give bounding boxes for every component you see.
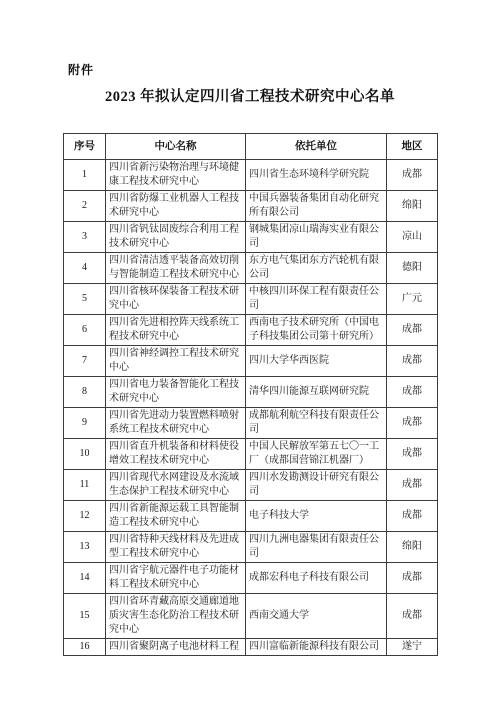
table-header-row: 序号 中心名称 依托单位 地区 — [64, 134, 438, 160]
table-row: 13 四川省特种天线材料及先进成型工程技术研究中心 四川九洲电器集团有限责任公司… — [64, 532, 438, 563]
row-number-cell: 16 — [64, 639, 106, 656]
region-cell: 成都 — [387, 594, 438, 639]
table-row: 11 四川省现代水网建设及水流域生态保护工程技术研究中心 四川水发勘测设计研究有… — [64, 470, 438, 501]
header-unit: 依托单位 — [246, 134, 387, 160]
table-row: 3 四川省钒钛固废综合利用工程技术研究中心 钢城集团凉山瑞海实业有限公司 凉山 — [64, 222, 438, 253]
region-cell: 成都 — [387, 439, 438, 470]
table-row: 15 四川省环青藏高原交通廊道地质灾害生态化防治工程技术研究中心 西南交通大学 … — [64, 594, 438, 639]
unit-cell: 清华四川能源互联网研究院 — [246, 377, 387, 408]
table-row: 7 四川省神经调控工程技术研究中心 四川大学华西医院 成都 — [64, 346, 438, 377]
region-cell: 成都 — [387, 470, 438, 501]
unit-cell: 四川水发勘测设计研究有限公司 — [246, 470, 387, 501]
row-number-cell: 11 — [64, 470, 106, 501]
row-number-cell: 1 — [64, 160, 106, 191]
unit-cell: 中核四川环保工程有限责任公司 — [246, 284, 387, 315]
row-number-cell: 9 — [64, 408, 106, 439]
region-cell: 凉山 — [387, 222, 438, 253]
region-cell: 广元 — [387, 284, 438, 315]
row-number-cell: 6 — [64, 315, 106, 346]
region-cell: 成都 — [387, 315, 438, 346]
unit-cell: 中国人民解放军第五七〇一工厂（成都国营锦江机器厂） — [246, 439, 387, 470]
center-name-cell: 四川省钒钛固废综合利用工程技术研究中心 — [106, 222, 246, 253]
table-body: 1 四川省新污染物治理与环境健康工程技术研究中心 四川省生态环境科学研究院 成都… — [64, 160, 438, 656]
row-number-cell: 10 — [64, 439, 106, 470]
center-name-cell: 四川省先进动力装置燃料喷射系统工程技术研究中心 — [106, 408, 246, 439]
table-row: 9 四川省先进动力装置燃料喷射系统工程技术研究中心 成都航利航空科技有限责任公司… — [64, 408, 438, 439]
center-name-cell: 四川省聚阴离子电池材料工程 — [106, 639, 246, 656]
center-name-cell: 四川省现代水网建设及水流域生态保护工程技术研究中心 — [106, 470, 246, 501]
attachment-label: 附件 — [68, 61, 94, 78]
center-name-cell: 四川省特种天线材料及先进成型工程技术研究中心 — [106, 532, 246, 563]
row-number-cell: 3 — [64, 222, 106, 253]
center-name-cell: 四川省新能源运载工具智能制造工程技术研究中心 — [106, 501, 246, 532]
table-row: 12 四川省新能源运载工具智能制造工程技术研究中心 电子科技大学 成都 — [64, 501, 438, 532]
center-name-cell: 四川省核环保装备工程技术研究中心 — [106, 284, 246, 315]
center-name-cell: 四川省宇航元器件电子功能材料工程技术研究中心 — [106, 563, 246, 594]
center-name-cell: 四川省清洁透平装备高效切削与智能制造工程技术研究中心 — [106, 253, 246, 284]
row-number-cell: 13 — [64, 532, 106, 563]
region-cell: 成都 — [387, 408, 438, 439]
region-cell: 成都 — [387, 563, 438, 594]
unit-cell: 四川九洲电器集团有限责任公司 — [246, 532, 387, 563]
row-number-cell: 5 — [64, 284, 106, 315]
unit-cell: 成都航利航空科技有限责任公司 — [246, 408, 387, 439]
region-cell: 绵阳 — [387, 532, 438, 563]
region-cell: 成都 — [387, 160, 438, 191]
table-row: 14 四川省宇航元器件电子功能材料工程技术研究中心 成都宏科电子科技有限公司 成… — [64, 563, 438, 594]
center-name-cell: 四川省防爆工业机器人工程技术研究中心 — [106, 191, 246, 222]
table-row: 5 四川省核环保装备工程技术研究中心 中核四川环保工程有限责任公司 广元 — [64, 284, 438, 315]
page-title: 2023 年拟认定四川省工程技术研究中心名单 — [0, 85, 500, 106]
unit-cell: 四川富临新能源科技有限公司 — [246, 639, 387, 656]
unit-cell: 四川省生态环境科学研究院 — [246, 160, 387, 191]
row-number-cell: 7 — [64, 346, 106, 377]
table-row: 2 四川省防爆工业机器人工程技术研究中心 中国兵器装备集团自动化研究所有限公司 … — [64, 191, 438, 222]
center-name-cell: 四川省直升机装备和材料使役增效工程技术研究中心 — [106, 439, 246, 470]
table-row: 1 四川省新污染物治理与环境健康工程技术研究中心 四川省生态环境科学研究院 成都 — [64, 160, 438, 191]
unit-cell: 东方电气集团东方汽轮机有限公司 — [246, 253, 387, 284]
region-cell: 德阳 — [387, 253, 438, 284]
table-row: 8 四川省电力装备智能化工程技术研究中心 清华四川能源互联网研究院 成都 — [64, 377, 438, 408]
center-name-cell: 四川省先进相控阵天线系统工程技术研究中心 — [106, 315, 246, 346]
table-row: 6 四川省先进相控阵天线系统工程技术研究中心 西南电子技术研究所（中国电子科技集… — [64, 315, 438, 346]
region-cell: 绵阳 — [387, 191, 438, 222]
region-cell: 成都 — [387, 377, 438, 408]
row-number-cell: 15 — [64, 594, 106, 639]
unit-cell: 四川大学华西医院 — [246, 346, 387, 377]
table-row: 4 四川省清洁透平装备高效切削与智能制造工程技术研究中心 东方电气集团东方汽轮机… — [64, 253, 438, 284]
row-number-cell: 12 — [64, 501, 106, 532]
region-cell: 遂宁 — [387, 639, 438, 656]
center-name-cell: 四川省神经调控工程技术研究中心 — [106, 346, 246, 377]
center-name-cell: 四川省新污染物治理与环境健康工程技术研究中心 — [106, 160, 246, 191]
center-name-cell: 四川省环青藏高原交通廊道地质灾害生态化防治工程技术研究中心 — [106, 594, 246, 639]
unit-cell: 电子科技大学 — [246, 501, 387, 532]
header-center: 中心名称 — [106, 134, 246, 160]
centers-table: 序号 中心名称 依托单位 地区 1 四川省新污染物治理与环境健康工程技术研究中心… — [63, 133, 438, 656]
center-name-cell: 四川省电力装备智能化工程技术研究中心 — [106, 377, 246, 408]
header-no: 序号 — [64, 134, 106, 160]
row-number-cell: 2 — [64, 191, 106, 222]
row-number-cell: 8 — [64, 377, 106, 408]
document-page: 附件 2023 年拟认定四川省工程技术研究中心名单 序号 中心名称 依托单位 地… — [0, 0, 500, 707]
region-cell: 成都 — [387, 501, 438, 532]
unit-cell: 成都宏科电子科技有限公司 — [246, 563, 387, 594]
row-number-cell: 4 — [64, 253, 106, 284]
table-row: 10 四川省直升机装备和材料使役增效工程技术研究中心 中国人民解放军第五七〇一工… — [64, 439, 438, 470]
table-row: 16 四川省聚阴离子电池材料工程 四川富临新能源科技有限公司 遂宁 — [64, 639, 438, 656]
unit-cell: 钢城集团凉山瑞海实业有限公司 — [246, 222, 387, 253]
unit-cell: 中国兵器装备集团自动化研究所有限公司 — [246, 191, 387, 222]
unit-cell: 西南交通大学 — [246, 594, 387, 639]
unit-cell: 西南电子技术研究所（中国电子科技集团公司第十研究所） — [246, 315, 387, 346]
row-number-cell: 14 — [64, 563, 106, 594]
header-region: 地区 — [387, 134, 438, 160]
region-cell: 成都 — [387, 346, 438, 377]
